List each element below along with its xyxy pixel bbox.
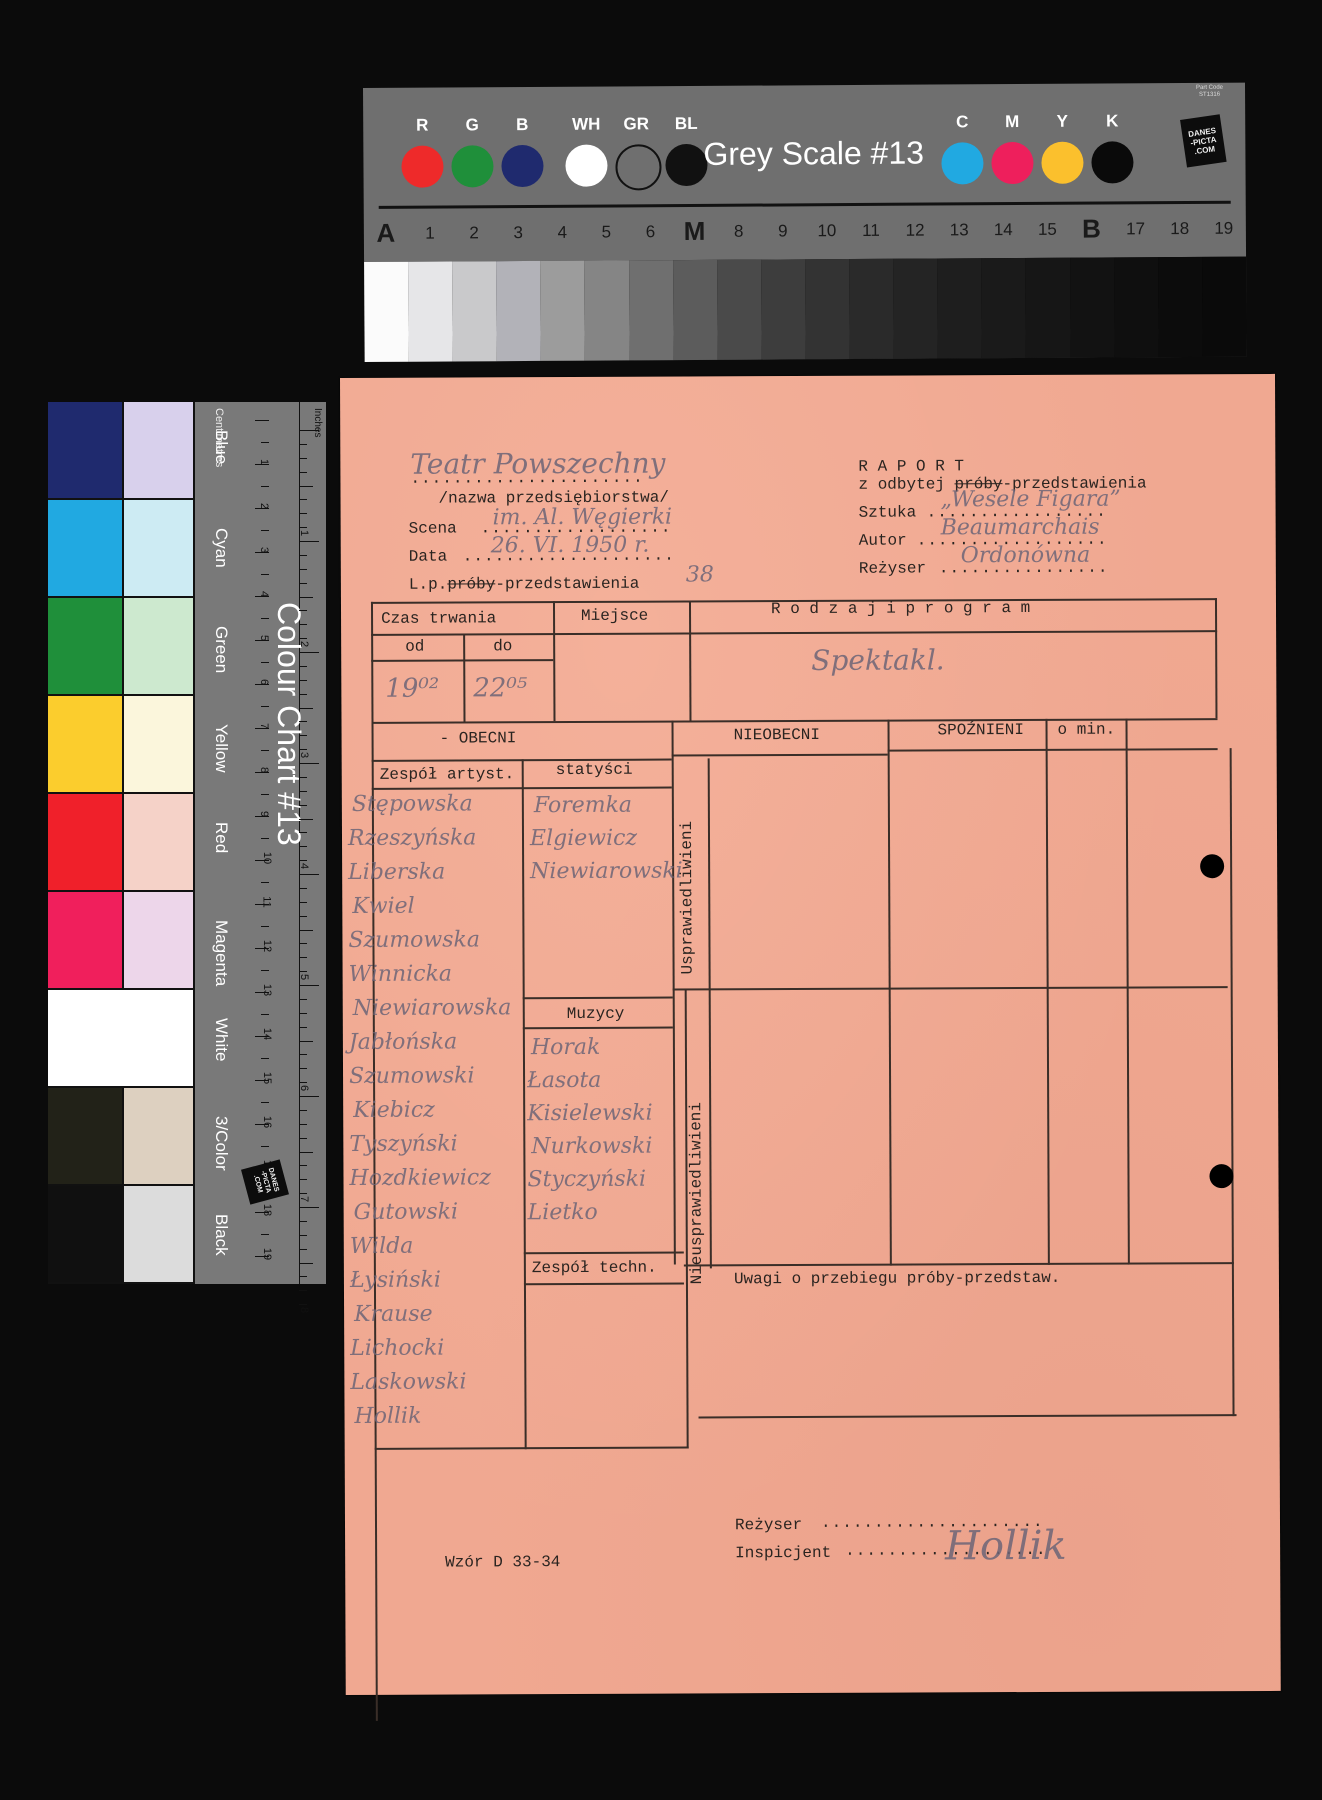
rule (371, 630, 1217, 636)
divider (379, 201, 1231, 209)
step-label: 18 (1160, 219, 1200, 239)
cm-tick (261, 838, 269, 839)
cm-tick (261, 882, 269, 883)
inch-tick-label: 1 (298, 530, 310, 536)
handwritten-name: Niewiarowska (353, 995, 512, 1021)
handwritten-name: Niewiarowski (530, 859, 683, 885)
cm-tick-label: 18 (261, 1204, 273, 1216)
inch-tick (299, 708, 313, 709)
handwritten-name: Lietko (528, 1200, 598, 1225)
cm-tick-label: 12 (261, 940, 273, 952)
footer-inspicjent-label: Inspicjent (735, 1544, 831, 1562)
grey-step (937, 258, 982, 358)
inch-tick (299, 1263, 313, 1264)
obecni-header: - OBECNI (440, 729, 517, 747)
inch-tick (299, 1054, 307, 1055)
handwritten-name: Styczyński (527, 1167, 646, 1193)
patch-label-r: R (397, 115, 447, 135)
inch-tick (299, 805, 307, 806)
cm-tick (255, 420, 269, 421)
handwritten-name: Nurkowski (531, 1134, 652, 1160)
rule (463, 633, 465, 721)
inch-tick (299, 957, 307, 958)
cm-tick-label: 15 (261, 1072, 273, 1084)
inch-tick (299, 527, 307, 528)
inch-tick (299, 985, 319, 986)
swatch-light (124, 892, 195, 988)
swatch-light (124, 1186, 195, 1282)
patch-r-circle (401, 146, 443, 188)
zespol-techn-header: Zespół techn. (532, 1259, 657, 1278)
form-code: Wzór D 33-34 (445, 1553, 560, 1572)
inch-tick (299, 499, 307, 500)
grey-step (1025, 258, 1070, 358)
inch-tick (299, 680, 307, 681)
inch-tick (299, 819, 313, 820)
swatch-name: Yellow (211, 724, 231, 773)
inch-tick (299, 1152, 313, 1153)
lp-label: L.p.próby-przedstawienia (409, 575, 640, 594)
part-code-value: ST1316 (1196, 92, 1223, 99)
handwritten-name: Hollik (354, 1404, 421, 1429)
uwagi-header: Uwagi o przebiegu próby-przedstaw. (734, 1269, 1061, 1288)
grey-step (585, 260, 630, 360)
autor-value: Beaumarchais (941, 515, 1100, 541)
rule (1045, 719, 1049, 1265)
inch-tick (299, 694, 307, 695)
cm-tick (261, 618, 269, 619)
inch-tick (299, 1290, 307, 1291)
grey-step (849, 259, 894, 359)
handwritten-name: Kisielewski (527, 1101, 652, 1127)
inch-tick (299, 860, 307, 861)
cm-tick (261, 530, 269, 531)
inch-tick (299, 1013, 307, 1014)
inch-tick-label: 8 (298, 1307, 310, 1313)
swatch-row-black (48, 1186, 195, 1284)
patch-label-bl: BL (661, 114, 711, 134)
inch-tick (299, 1068, 307, 1069)
step-label: 10 (807, 221, 847, 241)
rule (887, 720, 891, 1266)
swatch-row-cyan (48, 500, 195, 598)
grey-step-strip (364, 257, 1247, 362)
handwritten-name: Kiebicz (353, 1098, 435, 1123)
step-label: 11 (851, 221, 891, 241)
inch-tick (299, 513, 307, 514)
swatch-name: Magenta (211, 920, 231, 986)
colour-chart-card: Centimetres Inches Colour Chart #13 Blue… (48, 402, 326, 1284)
handwritten-name: Szumowski (349, 1063, 475, 1089)
handwritten-name: Foremka (534, 793, 632, 818)
scena-value: im. Al. Węgierki (493, 505, 673, 531)
cm-tick-label: 7 (258, 723, 270, 729)
patch-label-k: K (1087, 111, 1137, 131)
inch-tick (299, 763, 319, 764)
handwritten-name: Lichocki (350, 1336, 444, 1361)
swatch-dark (48, 1088, 124, 1184)
inch-tick-label: 4 (298, 863, 310, 869)
patch-m-circle (991, 142, 1033, 184)
cm-tick-label: 13 (261, 984, 273, 996)
inch-tick (299, 555, 307, 556)
patch-label-g: G (447, 115, 497, 135)
cm-tick (261, 1102, 269, 1103)
patch-label-c: C (937, 112, 987, 132)
swatch-light (124, 402, 195, 498)
patch-label-gr: GR (611, 114, 661, 134)
cm-tick-label: 8 (258, 767, 270, 773)
swatch-name: White (211, 1018, 231, 1061)
inch-tick-label: 5 (298, 974, 310, 980)
inch-tick (299, 444, 307, 445)
inch-tick (299, 624, 307, 625)
grey-step (1114, 257, 1159, 357)
swatch-name: Green (211, 626, 231, 673)
usprawiedliwieni-label: Usprawiedliwieni (678, 821, 697, 975)
handwritten-name: Liberska (348, 860, 445, 885)
cm-tick (261, 794, 269, 795)
step-label: 4 (542, 223, 582, 243)
inch-tick (299, 1249, 307, 1250)
grey-step (1202, 257, 1247, 357)
inch-tick (299, 597, 313, 598)
cm-tick (261, 574, 269, 575)
rule (888, 748, 1218, 751)
inch-tick (299, 638, 307, 639)
miejsce-header: Miejsce (581, 607, 648, 625)
rule (699, 1414, 1237, 1418)
inch-tick (299, 1124, 307, 1125)
swatch-dark (48, 402, 124, 498)
statysci-header: statyści (556, 761, 633, 779)
step-label: M (674, 216, 714, 247)
punch-hole (1200, 854, 1224, 878)
handwritten-name: Szumowska (348, 927, 480, 953)
swatch-name: 3/Color (211, 1116, 231, 1171)
rule (708, 758, 712, 1268)
cm-tick-label: 14 (261, 1028, 273, 1040)
step-label: 12 (895, 221, 935, 241)
cm-tick (261, 1146, 269, 1147)
step-label: B (1071, 213, 1111, 244)
handwritten-name: Wilda (350, 1234, 414, 1259)
muzycy-header: Muzycy (567, 1005, 625, 1023)
inch-tick (299, 971, 307, 972)
patch-g-circle (451, 145, 493, 187)
inch-tick (299, 888, 307, 889)
swatch-name: Red (211, 822, 231, 853)
grey-step (805, 259, 850, 359)
swatch-light (124, 794, 195, 890)
danes-picta-logo: DANES-PICTA.COM (241, 1159, 289, 1204)
cm-tick-label: 4 (258, 591, 270, 597)
grey-step (540, 261, 585, 361)
part-code: Part Code ST1316 (1196, 85, 1223, 99)
patch-label-m: M (987, 112, 1037, 132)
rule (524, 1252, 684, 1255)
cm-tick (261, 1014, 269, 1015)
nieobecni-header: NIEOBECNI (734, 726, 820, 744)
grey-step (893, 258, 938, 358)
handwritten-name: Kwiel (352, 894, 414, 919)
od-header: od (405, 638, 424, 656)
swatch-white (48, 990, 195, 1086)
handwritten-name: Gutowski (354, 1199, 458, 1224)
sztuka-value: „Wesele Figara” (940, 487, 1120, 513)
do-header: do (493, 637, 512, 655)
inch-tick (299, 1304, 307, 1305)
cm-tick-label: 10 (261, 852, 273, 864)
handwritten-name: Tyszyński (349, 1131, 457, 1156)
swatch-row-red (48, 794, 195, 892)
inch-tick (299, 1041, 313, 1042)
grey-step (981, 258, 1026, 358)
step-label: 3 (498, 223, 538, 243)
rule (673, 986, 1228, 990)
step-label: 19 (1204, 219, 1244, 239)
report-form: Teatr Powszechny ...................... … (340, 374, 1281, 1695)
inch-tick (299, 1179, 307, 1180)
inch-tick (299, 1027, 307, 1028)
inch-tick (299, 472, 307, 473)
inch-tick (299, 1110, 307, 1111)
inch-tick (299, 652, 319, 653)
rule (553, 601, 556, 721)
spoznieni-header: SPOŹNIENI (938, 721, 1024, 739)
rule (689, 600, 692, 720)
handwritten-name: Rzeszyńska (348, 825, 476, 851)
cm-tick-label: 3 (258, 547, 270, 553)
inch-tick-label: 6 (298, 1085, 310, 1091)
o-min-header: o min. (1058, 721, 1116, 739)
rule (371, 659, 553, 662)
swatch-row-magenta (48, 892, 195, 990)
cm-tick-label: 6 (258, 679, 270, 685)
grey-step (452, 261, 497, 361)
rule (522, 759, 527, 1449)
patch-c-circle (941, 142, 983, 184)
swatch-row-blue (48, 402, 195, 500)
rule (523, 997, 673, 1000)
swatch-light (124, 500, 195, 596)
step-label: 2 (454, 223, 494, 243)
step-label: 17 (1116, 219, 1156, 239)
handwritten-name: Hozdkiewicz (349, 1165, 490, 1191)
punch-hole (1209, 1164, 1233, 1188)
inch-tick (299, 1207, 319, 1208)
step-label: 5 (586, 222, 626, 242)
grey-step (408, 261, 453, 361)
cm-tick (261, 1058, 269, 1059)
step-label: 15 (1027, 220, 1067, 240)
handwritten-name: Krause (354, 1302, 433, 1327)
danes-picta-logo: DANES-PICTA.COM (1180, 114, 1227, 167)
rule (1125, 719, 1129, 1265)
grey-step (364, 262, 409, 362)
swatch-light (124, 598, 195, 694)
cm-tick-label: 11 (261, 896, 273, 907)
rule (672, 754, 888, 757)
grey-scale-card: Part Code ST1316 DANES-PICTA.COM RGBWHGR… (363, 83, 1247, 362)
raport-title: R A P O R T (858, 457, 964, 475)
inch-tick (299, 1235, 307, 1236)
step-label: A (366, 218, 406, 249)
nieusprawiedliwieni-label: Nieusprawiedliwieni (687, 1102, 706, 1285)
inch-tick-label: 2 (298, 641, 310, 647)
rodzaj-value: Spektakl. (811, 643, 945, 677)
rezyser-value: Ordonówna (961, 543, 1091, 569)
inch-tick (299, 791, 307, 792)
data-value: 26. VI. 1950 r. (491, 533, 650, 559)
cm-tick-label: 5 (258, 635, 270, 641)
lp-value: 38 (686, 562, 714, 587)
do-value: 22⁰⁵ (473, 673, 527, 703)
inch-tick (299, 486, 313, 487)
swatch-dark (48, 892, 124, 988)
cm-tick (261, 750, 269, 751)
handwritten-name: Stępowska (352, 791, 473, 817)
cm-tick-label: 9 (258, 811, 270, 817)
cm-tick-label: 16 (261, 1116, 273, 1128)
grey-step (673, 260, 718, 360)
autor-label: Autor (859, 532, 907, 550)
cm-tick (261, 970, 269, 971)
cm-tick (261, 442, 269, 443)
od-value: 19⁰² (385, 674, 439, 704)
rule (375, 1446, 689, 1449)
patch-label-wh: WH (561, 114, 611, 134)
step-label: 14 (983, 220, 1023, 240)
patch-gr-circle (615, 144, 661, 190)
scena-label: Scena (409, 519, 457, 537)
inch-tick (299, 916, 307, 917)
colour-swatches (48, 402, 195, 1284)
handwritten-name: Horak (531, 1035, 601, 1060)
inch-tick (299, 1138, 307, 1139)
handwritten-name: Laskowski (350, 1369, 466, 1395)
inch-tick (299, 583, 307, 584)
inch-tick (299, 569, 307, 570)
inch-tick (299, 749, 307, 750)
inch-tick (299, 999, 307, 1000)
inch-tick (299, 930, 313, 931)
footer-rezyser-label: Reżyser (735, 1516, 802, 1534)
rodzaj-header: R o d z a j i p r o g r a m (771, 599, 1030, 618)
step-label: 6 (630, 222, 670, 242)
swatch-row-3-color (48, 1088, 195, 1186)
grey-step (629, 260, 674, 360)
swatch-dark (48, 598, 124, 694)
inch-tick (299, 832, 307, 833)
inch-tick (299, 846, 307, 847)
step-label: 8 (719, 222, 759, 242)
inch-tick (299, 666, 307, 667)
rule (371, 602, 378, 1721)
inch-tick (299, 430, 319, 431)
handwritten-name: Jabłońska (349, 1029, 457, 1054)
inch-tick (299, 902, 307, 903)
inch-tick (299, 610, 307, 611)
grey-step (761, 259, 806, 359)
inch-tick (299, 1193, 307, 1194)
swatch-name: Blue (211, 430, 231, 464)
swatch-row-yellow (48, 696, 195, 794)
swatch-dark (48, 500, 124, 596)
cm-tick-label: 19 (261, 1248, 273, 1260)
cm-tick (261, 662, 269, 663)
patch-k-circle (1091, 141, 1133, 183)
inch-tick (299, 777, 307, 778)
inch-tick (299, 943, 307, 944)
data-label: Data (409, 548, 447, 566)
czas-trwania-header: Czas trwania (381, 609, 496, 628)
grey-step (1070, 257, 1115, 357)
inch-tick (299, 1096, 319, 1097)
patch-label-b: B (497, 115, 547, 135)
swatch-dark (48, 1186, 124, 1282)
grey-step (496, 261, 541, 361)
rule (523, 1027, 673, 1030)
rule (524, 1283, 684, 1286)
cm-tick-label: 1 (258, 459, 270, 465)
patch-b-circle (501, 145, 543, 187)
rule (684, 1262, 1234, 1266)
inch-tick (299, 721, 307, 722)
inch-tick (299, 541, 319, 542)
inspicjent-signature: Hollik (945, 1523, 1067, 1570)
inch-tick-label: 7 (298, 1196, 310, 1202)
handwritten-name: Łasota (527, 1068, 601, 1093)
patch-y-circle (1041, 142, 1083, 184)
step-labels: A123456M89101112131415B171819 (364, 213, 1246, 254)
grey-step (1158, 257, 1203, 357)
inch-tick (299, 1165, 307, 1166)
grey-step (717, 260, 762, 360)
inch-tick (299, 1221, 307, 1222)
inch-tick-label: 3 (298, 752, 310, 758)
swatch-row-green (48, 598, 195, 696)
swatch-name: Black (211, 1214, 231, 1256)
inch-tick (299, 1082, 307, 1083)
step-label: 1 (410, 223, 450, 243)
swatch-dark (48, 794, 124, 890)
swatch-dark (48, 696, 124, 792)
rezyser-label: Reżyser (859, 559, 926, 577)
handwritten-name: Elgiewicz (530, 826, 637, 851)
ruler: Centimetres Inches Colour Chart #13 Blue… (195, 402, 326, 1284)
inch-tick (299, 735, 307, 736)
handwritten-name: Łysiński (350, 1268, 441, 1293)
handwritten-name: Winnicka (349, 962, 453, 987)
cm-tick (261, 706, 269, 707)
cm-tick-label: 2 (258, 503, 270, 509)
inch-tick (299, 1276, 307, 1277)
patch-wh-circle (565, 145, 607, 187)
color-patches: RGBWHGRBLCMYK (363, 83, 1245, 88)
inches-label: Inches (312, 408, 323, 437)
company-dotted-line: ...................... (410, 469, 643, 488)
step-label: 13 (939, 220, 979, 240)
rule (671, 721, 675, 1265)
cm-tick (261, 1234, 269, 1235)
zespol-artyst-header: Zespół artyst. (380, 765, 514, 784)
sztuka-label: Sztuka (859, 503, 917, 521)
cm-tick (261, 926, 269, 927)
inch-tick (299, 874, 319, 875)
step-label: 9 (763, 221, 803, 241)
grey-scale-title: Grey Scale #13 (703, 135, 924, 173)
